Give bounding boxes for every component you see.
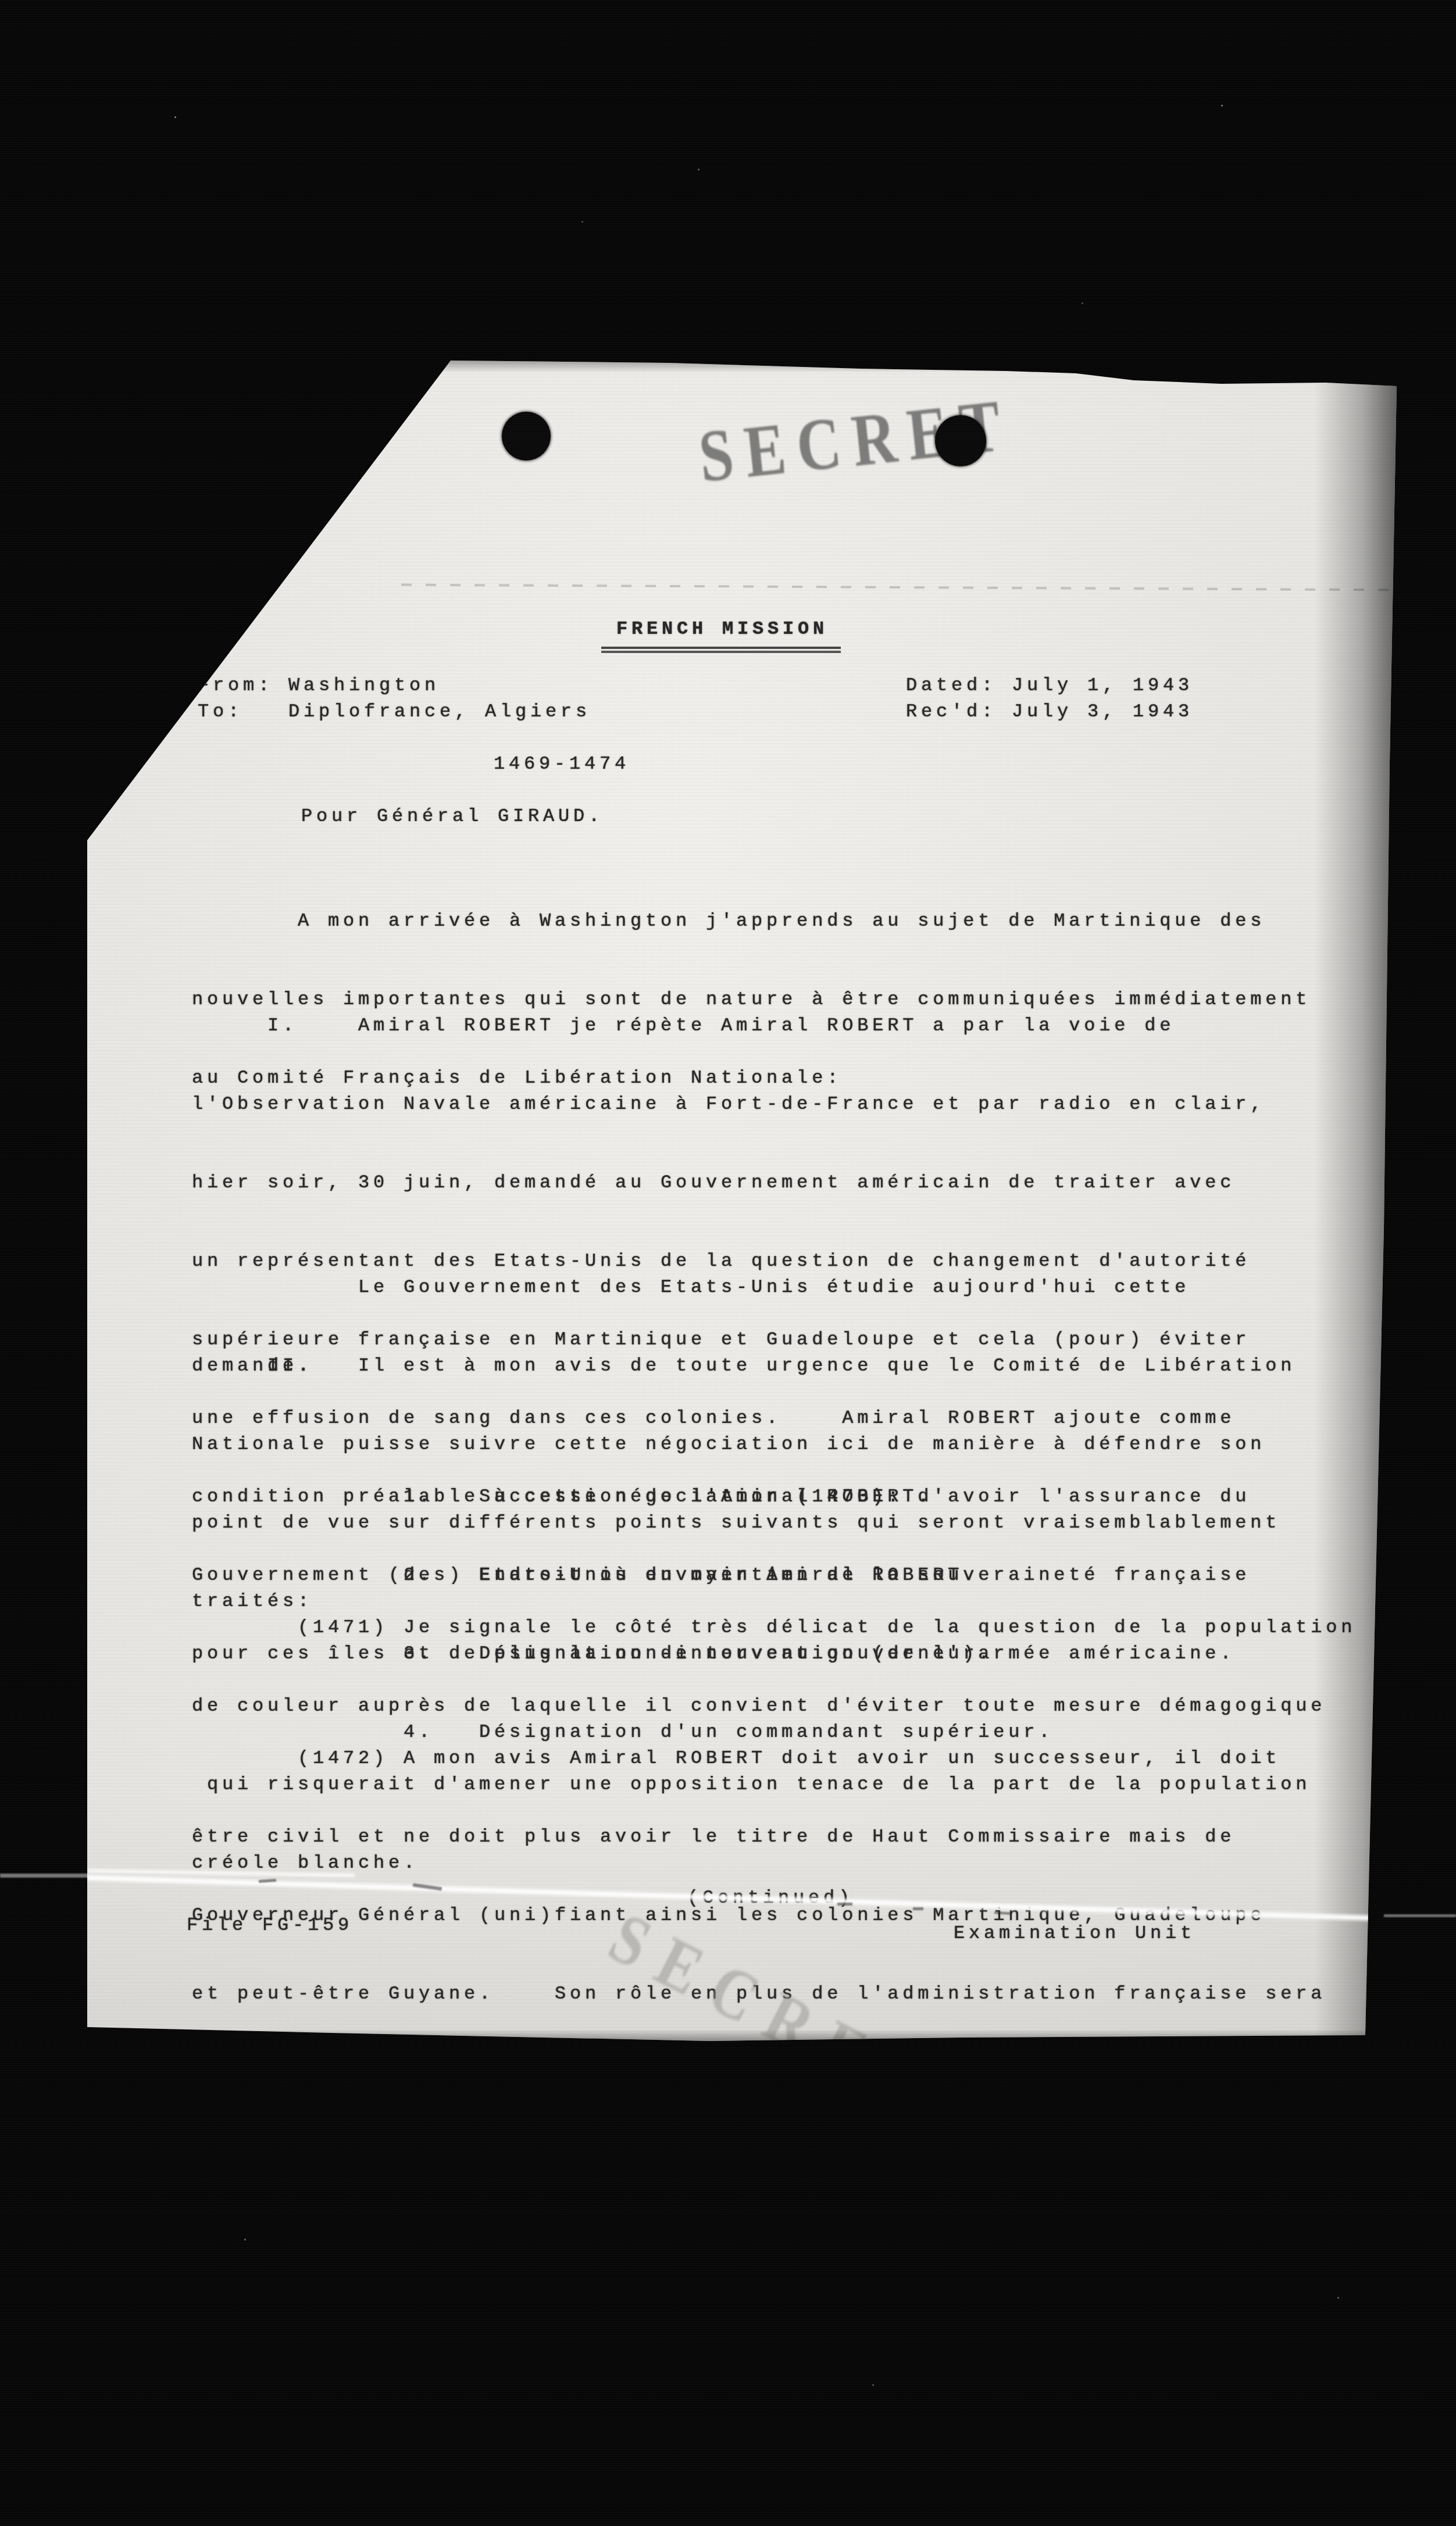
file-number: File FG-159 [187,1912,353,1938]
list-item: 1. Succession de l'Amiral ROBERT. [192,1483,1054,1510]
received-line: Rec'd: July 3, 1943 [906,698,1193,725]
body-line: hémisphère, (1473) d'en suivre l'applica… [192,2138,1326,2164]
body-line: (1472) A mon avis Amiral ROBERT doit avo… [192,1745,1326,1771]
body-line: essentiellement d'établir un modus viven… [192,2059,1326,2085]
body-line: et l'exportation, enfin de coordonner (d… [192,2216,1326,2242]
body-line: hier soir, 30 juin, demandé au Gouvernem… [192,1169,1265,1196]
paper-edge-shadow-bottom [87,2029,1401,2042]
to-line: To: Diplofrance, Algiers [198,698,591,725]
body-line: l'Observation Navale américaine à Fort-d… [192,1091,1265,1117]
scan-dust-specks [174,116,176,118]
punch-hole-left [502,412,551,461]
salutation-line: Pour Général GIRAUD. [301,803,604,829]
body-line: (1471) Je signale le côté très délicat d… [192,1614,1356,1640]
serial-numbers: 1469-1474 [494,751,630,777]
scan-streak-right [1384,1914,1456,1917]
body-line: I. Amiral ROBERT je répète Amiral ROBERT… [192,1012,1265,1039]
document-page: SECRET FRENCH MISSION From: Washington T… [87,356,1401,2042]
body-line: A mon arrivée à Washington j'apprends au… [192,908,1311,934]
document-title: FRENCH MISSION [616,616,828,642]
ink-speck [837,1903,852,1906]
body-line: II. Il est à mon avis de toute urgence q… [192,1353,1296,1379]
paper-edge-shadow-right [1314,356,1401,2042]
dated-line: Dated: July 1, 1943 [906,672,1193,698]
ink-speck [913,1907,923,1910]
scan-streak-left [0,1874,88,1878]
body-line: être civil et ne doit plus avoir le titr… [192,1824,1326,1850]
scan-artifact-dashed-line [401,584,1397,591]
punch-hole-right [935,415,986,466]
title-underline [601,647,841,653]
from-line: From: Washington [198,672,440,698]
examination-unit-label: Examination Unit [954,1920,1196,1946]
paper-edge-shadow-top [87,356,1401,376]
body-line: Le Gouvernement des Etats-Unis étudie au… [192,1274,1190,1300]
